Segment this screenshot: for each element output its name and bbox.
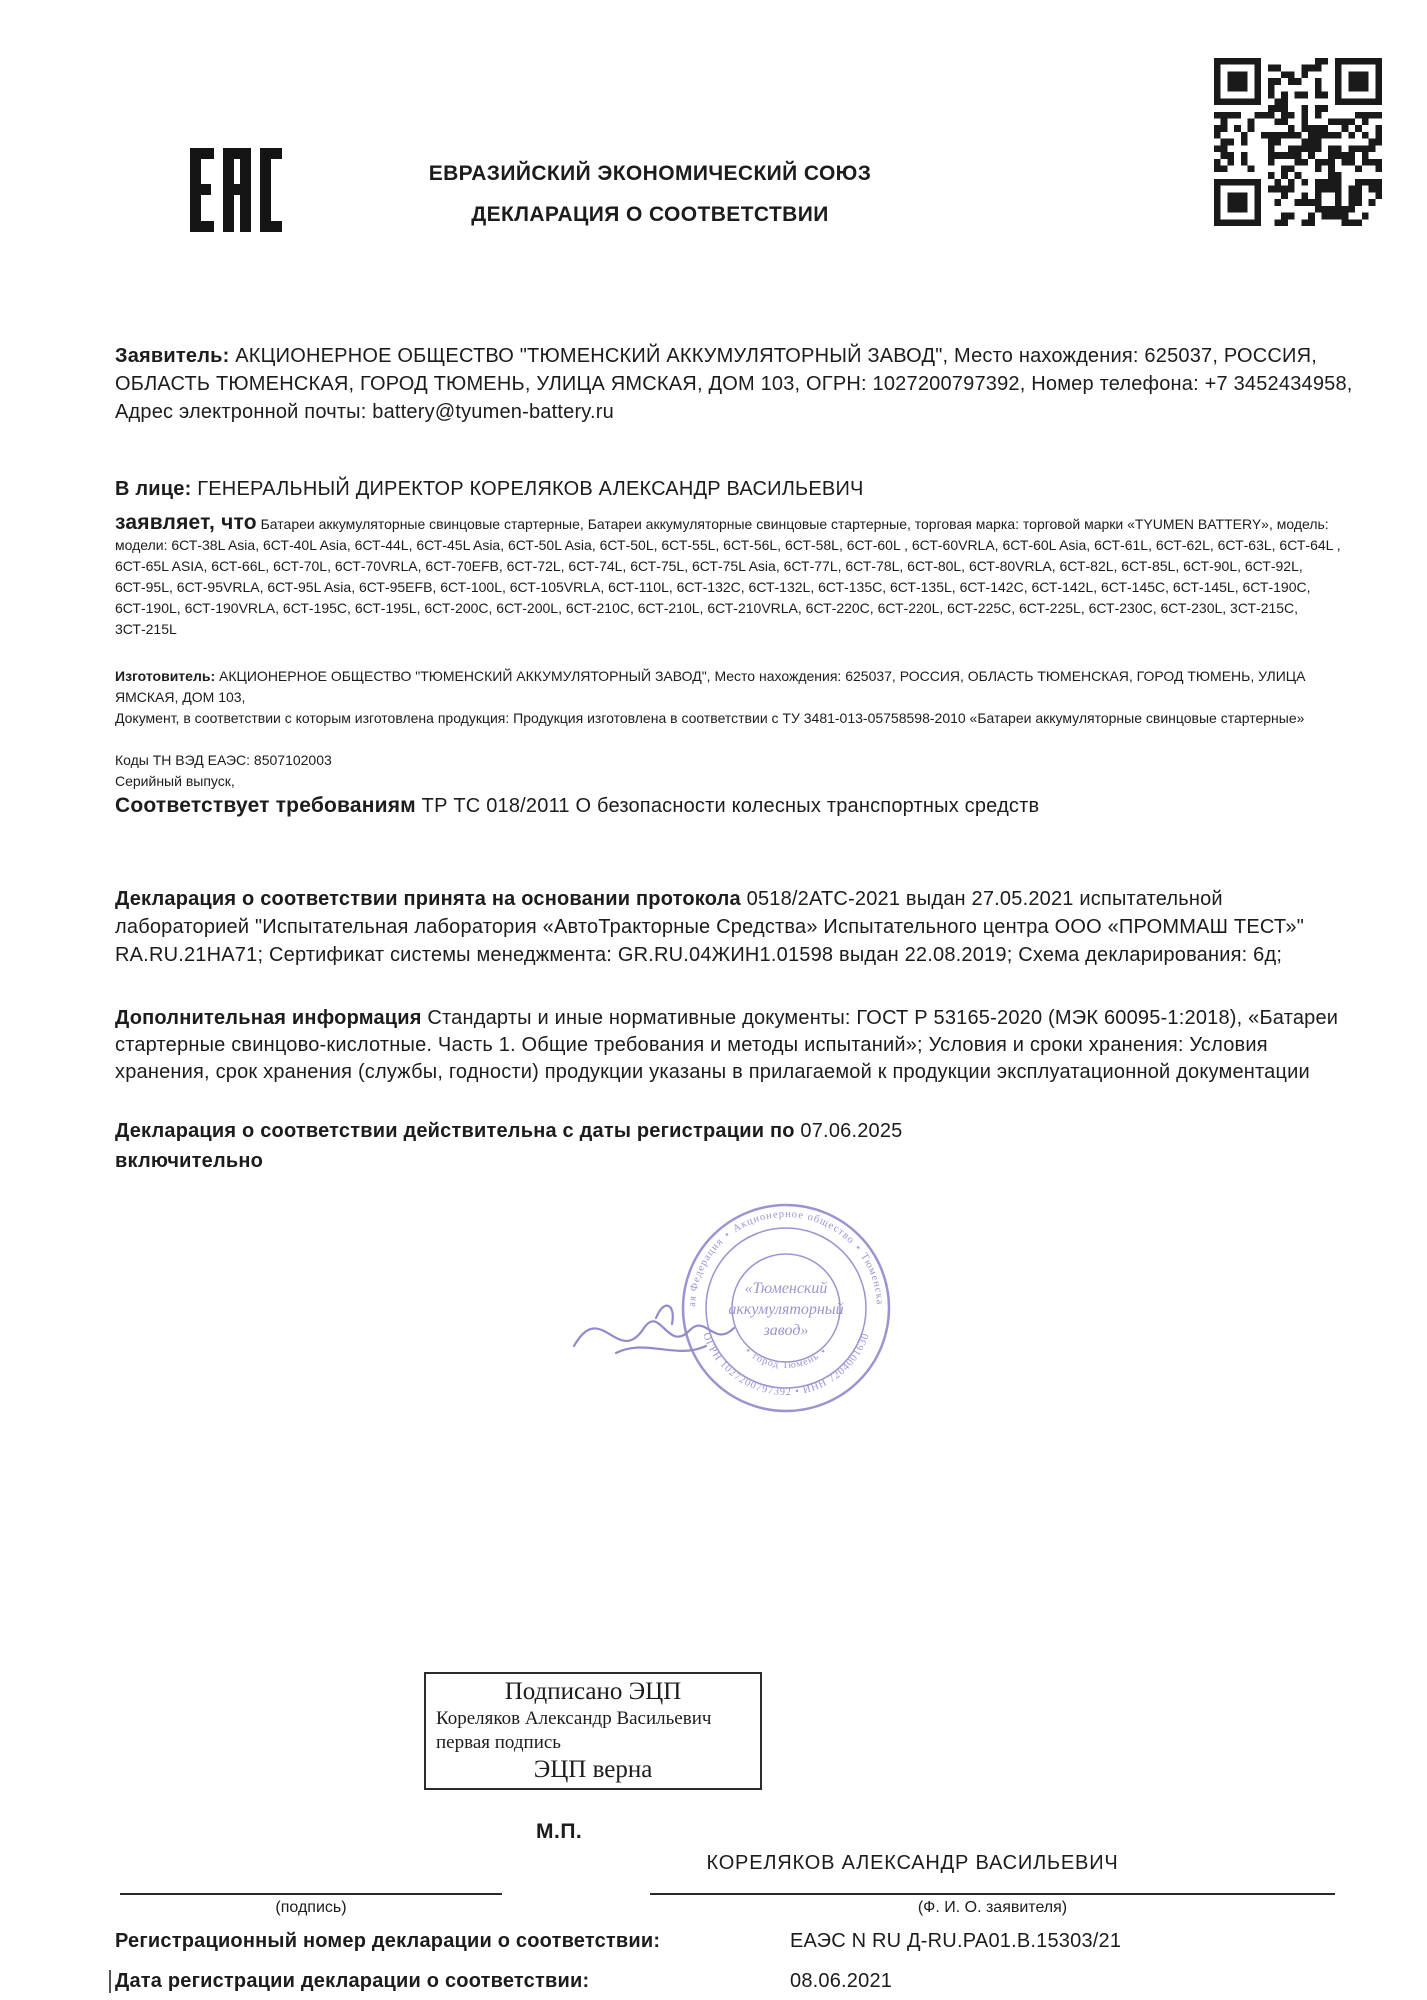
document-title: ДЕКЛАРАЦИЯ О СООТВЕТСТВИИ <box>250 203 1050 227</box>
compliance-paragraph: Соответствует требованиям ТР ТС 018/2011… <box>115 792 1353 820</box>
basis-paragraph: Декларация о соответствии принята на осн… <box>115 885 1353 969</box>
union-title: ЕВРАЗИЙСКИЙ ЭКОНОМИЧЕСКИЙ СОЮЗ <box>250 162 1050 186</box>
fullname-underline <box>650 1893 1335 1895</box>
representative-label: В лице: <box>115 478 191 500</box>
basis-label: Декларация о соответствии принята на осн… <box>115 888 741 910</box>
stamp-center-line1: «Тюменский <box>745 1280 828 1297</box>
validity-suffix: включительно <box>115 1150 263 1172</box>
additional-info-label: Дополнительная информация <box>115 1007 422 1029</box>
manufacturer-paragraph: Изготовитель: АКЦИОНЕРНОЕ ОБЩЕСТВО "ТЮМЕ… <box>115 666 1353 708</box>
applicant-label: Заявитель: <box>115 345 230 367</box>
digital-signature-box: Подписано ЭЦП Кореляков Александр Василь… <box>424 1672 762 1790</box>
company-stamp-svg: Российская Федерация ⋆ Акционерное общес… <box>556 1178 936 1442</box>
fullname-caption: (Ф. И. О. заявителя) <box>650 1899 1335 1917</box>
stamp-center-line3: завод» <box>763 1322 809 1339</box>
manufacturer-text: АКЦИОНЕРНОЕ ОБЩЕСТВО "ТЮМЕНСКИЙ АККУМУЛЯ… <box>115 668 1305 705</box>
additional-info-paragraph: Дополнительная информация Стандарты и ин… <box>115 1005 1353 1086</box>
signature-box-type: первая подпись <box>436 1731 750 1755</box>
stamp-center-line2: аккумуляторный <box>728 1301 843 1318</box>
qr-code <box>1213 48 1383 236</box>
signature-caption: (подпись) <box>120 1899 502 1917</box>
registration-number-label: Регистрационный номер декларации о соотв… <box>115 1930 660 1953</box>
declaration-document: ЕВРАЗИЙСКИЙ ЭКОНОМИЧЕСКИЙ СОЮЗ ДЕКЛАРАЦИ… <box>0 0 1427 2000</box>
company-stamp: Российская Федерация ⋆ Акционерное общес… <box>556 1178 936 1442</box>
signature-box-title: Подписано ЭЦП <box>436 1677 750 1707</box>
manufacturer-label: Изготовитель: <box>115 668 215 684</box>
registration-number-value: ЕАЭС N RU Д-RU.РА01.В.15303/21 <box>790 1930 1121 1953</box>
signer-fullname: КОРЕЛЯКОВ АЛЕКСАНДР ВАСИЛЬЕВИЧ <box>640 1852 1185 1875</box>
product-models-text: Батареи аккумуляторные свинцовые стартер… <box>115 516 1341 637</box>
representative-paragraph: В лице: ГЕНЕРАЛЬНЫЙ ДИРЕКТОР КОРЕЛЯКОВ А… <box>115 475 1353 503</box>
tnved-codes: Коды ТН ВЭД ЕАЭС: 8507102003 <box>115 750 1353 771</box>
validity-date: 07.06.2025 <box>795 1120 903 1142</box>
compliance-text: ТР ТС 018/2011 О безопасности колесных т… <box>416 795 1039 817</box>
signature-underline <box>120 1893 502 1895</box>
qr-code-svg <box>1214 58 1382 226</box>
validity-label: Декларация о соответствии действительна … <box>115 1120 795 1142</box>
applicant-paragraph: Заявитель: АКЦИОНЕРНОЕ ОБЩЕСТВО "ТЮМЕНСК… <box>115 342 1353 426</box>
declares-paragraph: заявляет, что Батареи аккумуляторные сви… <box>115 512 1353 640</box>
declares-label: заявляет, что <box>115 511 257 534</box>
serial-issue: Серийный выпуск, <box>115 771 1353 792</box>
validity-paragraph: Декларация о соответствии действительна … <box>115 1116 1353 1176</box>
stamp-place-label: М.П. <box>536 1820 582 1844</box>
signature-box-valid: ЭЦП верна <box>436 1755 750 1785</box>
registration-date-value: 08.06.2021 <box>790 1970 892 1993</box>
stamp-ring-inner-text: ⋆ город Тюмень ⋆ <box>742 1345 830 1371</box>
document-header: ЕВРАЗИЙСКИЙ ЭКОНОМИЧЕСКИЙ СОЮЗ ДЕКЛАРАЦИ… <box>250 162 1050 227</box>
compliance-label: Соответствует требованиям <box>115 794 416 817</box>
production-document-paragraph: Документ, в соответствии с которым изгот… <box>115 708 1353 729</box>
applicant-text: АКЦИОНЕРНОЕ ОБЩЕСТВО "ТЮМЕНСКИЙ АККУМУЛЯ… <box>115 345 1353 423</box>
representative-text: ГЕНЕРАЛЬНЫЙ ДИРЕКТОР КОРЕЛЯКОВ АЛЕКСАНДР… <box>191 478 863 500</box>
signature-box-name: Кореляков Александр Васильевич <box>436 1707 750 1731</box>
registration-date-label: Дата регистрации декларации о соответств… <box>109 1970 589 1993</box>
